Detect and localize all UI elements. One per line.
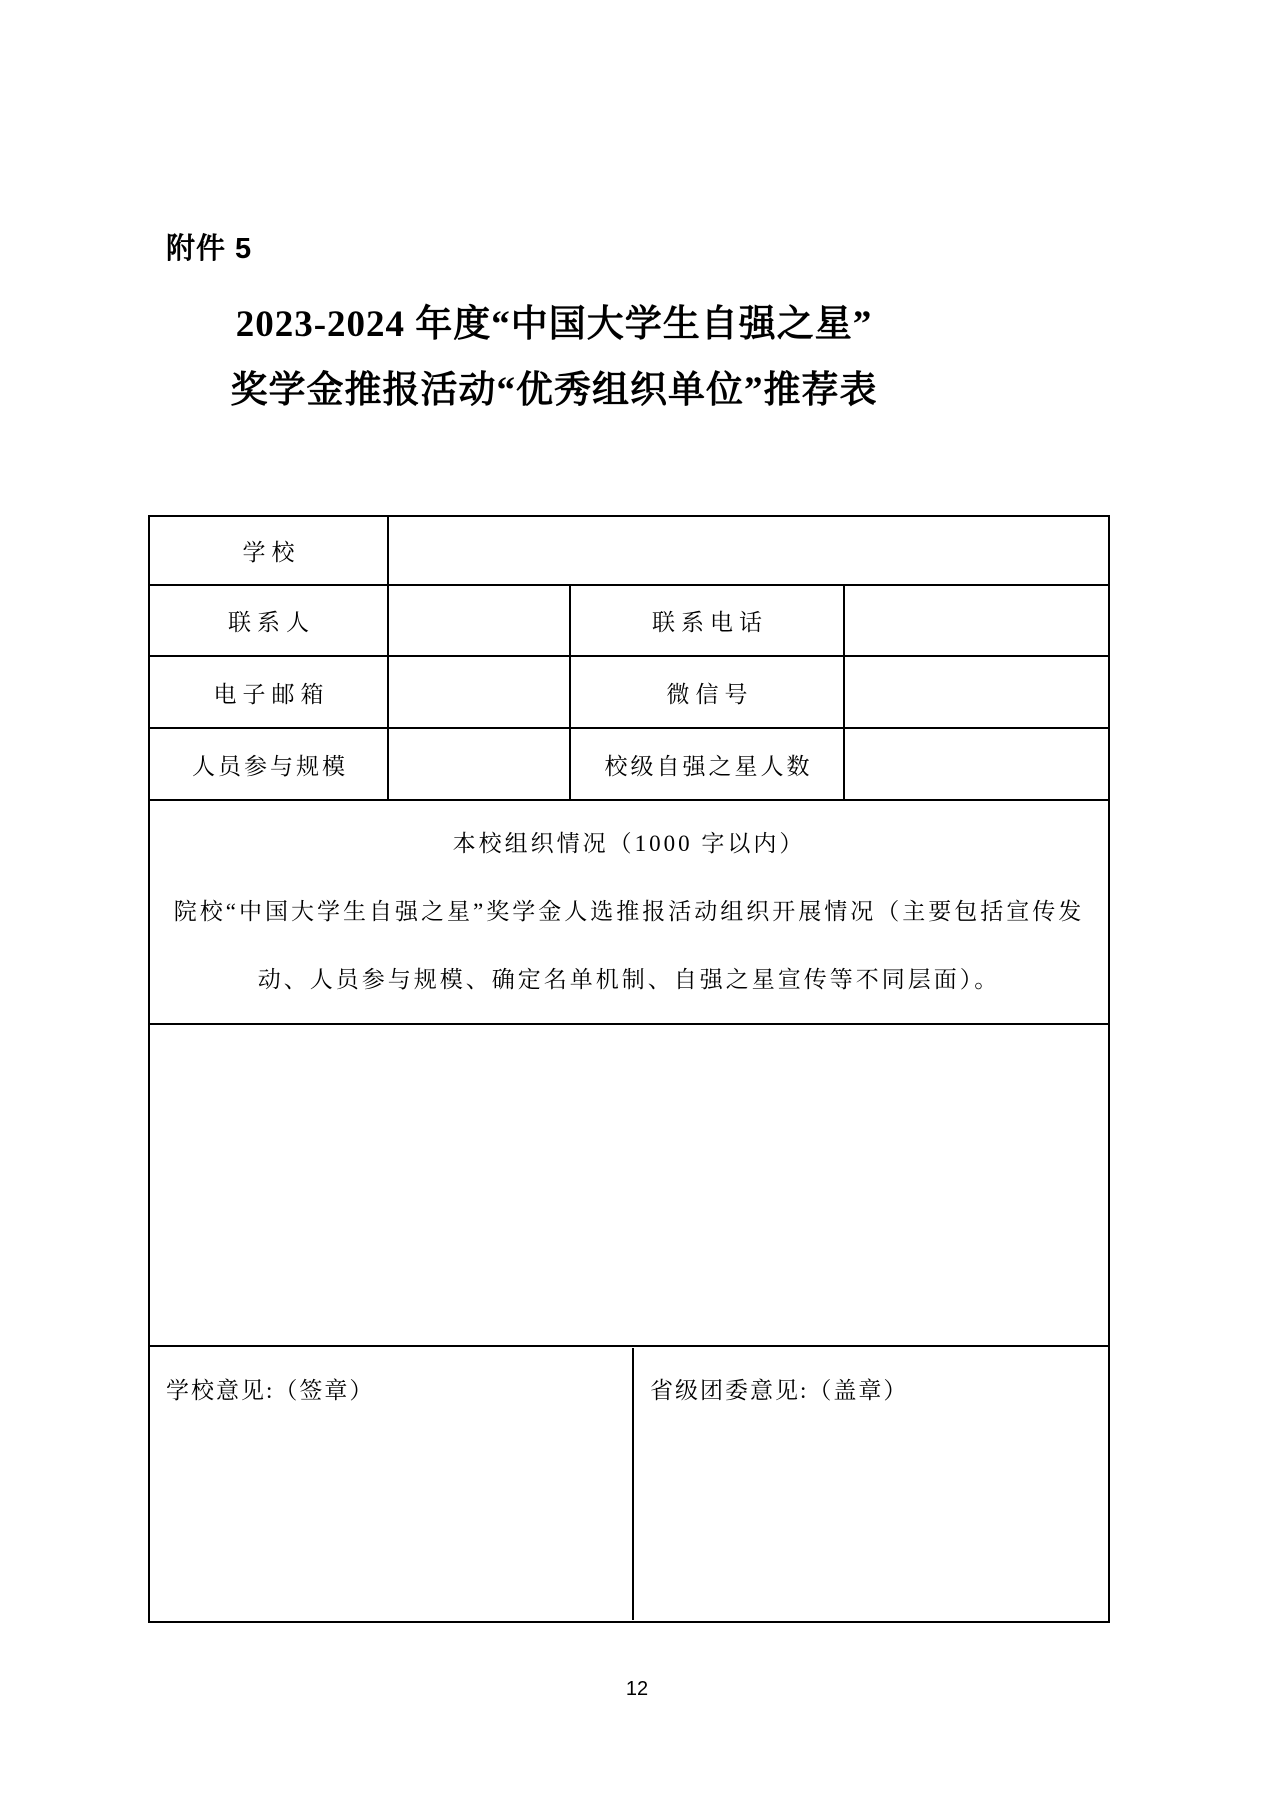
row-organization-desc: 本校组织情况（1000 字以内） 院校“中国大学生自强之星”奖学金人选推报活动组… xyxy=(149,800,1109,1024)
organization-header: 本校组织情况（1000 字以内） xyxy=(150,810,1108,878)
organization-content-field[interactable] xyxy=(149,1024,1109,1346)
email-label: 电子邮箱 xyxy=(149,656,388,728)
row-contact: 联系人 联系电话 xyxy=(149,585,1109,656)
recommendation-form-table: 学校 联系人 联系电话 电子邮箱 微信号 人员参与规模 校级自强之星人数 本校组… xyxy=(148,515,1110,1623)
document-title: 2023-2024 年度“中国大学生自强之星” 奖学金推报活动“优秀组织单位”推… xyxy=(148,292,960,424)
school-value-field[interactable] xyxy=(388,516,1109,585)
row-opinions: 学校意见:（签章） 省级团委意见:（盖章） xyxy=(149,1346,1109,1622)
contact-value-field[interactable] xyxy=(388,585,570,656)
participation-value-field[interactable] xyxy=(388,728,570,800)
title-line-1: 2023-2024 年度“中国大学生自强之星” xyxy=(148,292,960,358)
phone-value-field[interactable] xyxy=(844,585,1109,656)
organization-section: 本校组织情况（1000 字以内） 院校“中国大学生自强之星”奖学金人选推报活动组… xyxy=(149,800,1109,1024)
row-email: 电子邮箱 微信号 xyxy=(149,656,1109,728)
star-count-value-field[interactable] xyxy=(844,728,1109,800)
organization-desc-line2: 动、人员参与规模、确定名单机制、自强之星宣传等不同层面）。 xyxy=(150,946,1108,1014)
title-line-2: 奖学金推报活动“优秀组织单位”推荐表 xyxy=(148,358,960,424)
document-page: 附件 5 2023-2024 年度“中国大学生自强之星” 奖学金推报活动“优秀组… xyxy=(0,0,1280,1810)
school-label: 学校 xyxy=(149,516,388,585)
school-opinion-field[interactable]: 学校意见:（签章） xyxy=(150,1348,634,1620)
provincial-opinion-field[interactable]: 省级团委意见:（盖章） xyxy=(634,1348,1108,1620)
wechat-label: 微信号 xyxy=(570,656,844,728)
star-count-label: 校级自强之星人数 xyxy=(570,728,844,800)
phone-label: 联系电话 xyxy=(570,585,844,656)
participation-label: 人员参与规模 xyxy=(149,728,388,800)
contact-label: 联系人 xyxy=(149,585,388,656)
wechat-value-field[interactable] xyxy=(844,656,1109,728)
page-number: 12 xyxy=(0,1678,1274,1701)
attachment-label: 附件 5 xyxy=(166,226,252,267)
organization-desc-line1: 院校“中国大学生自强之星”奖学金人选推报活动组织开展情况（主要包括宣传发 xyxy=(150,878,1108,946)
row-school: 学校 xyxy=(149,516,1109,585)
opinions-section: 学校意见:（签章） 省级团委意见:（盖章） xyxy=(149,1346,1109,1622)
email-value-field[interactable] xyxy=(388,656,570,728)
school-opinion-label: 学校意见:（签章） xyxy=(166,1378,374,1403)
provincial-opinion-label: 省级团委意见:（盖章） xyxy=(650,1378,908,1403)
row-participation: 人员参与规模 校级自强之星人数 xyxy=(149,728,1109,800)
opinions-wrap: 学校意见:（签章） 省级团委意见:（盖章） xyxy=(150,1348,1108,1620)
row-organization-content xyxy=(149,1024,1109,1346)
